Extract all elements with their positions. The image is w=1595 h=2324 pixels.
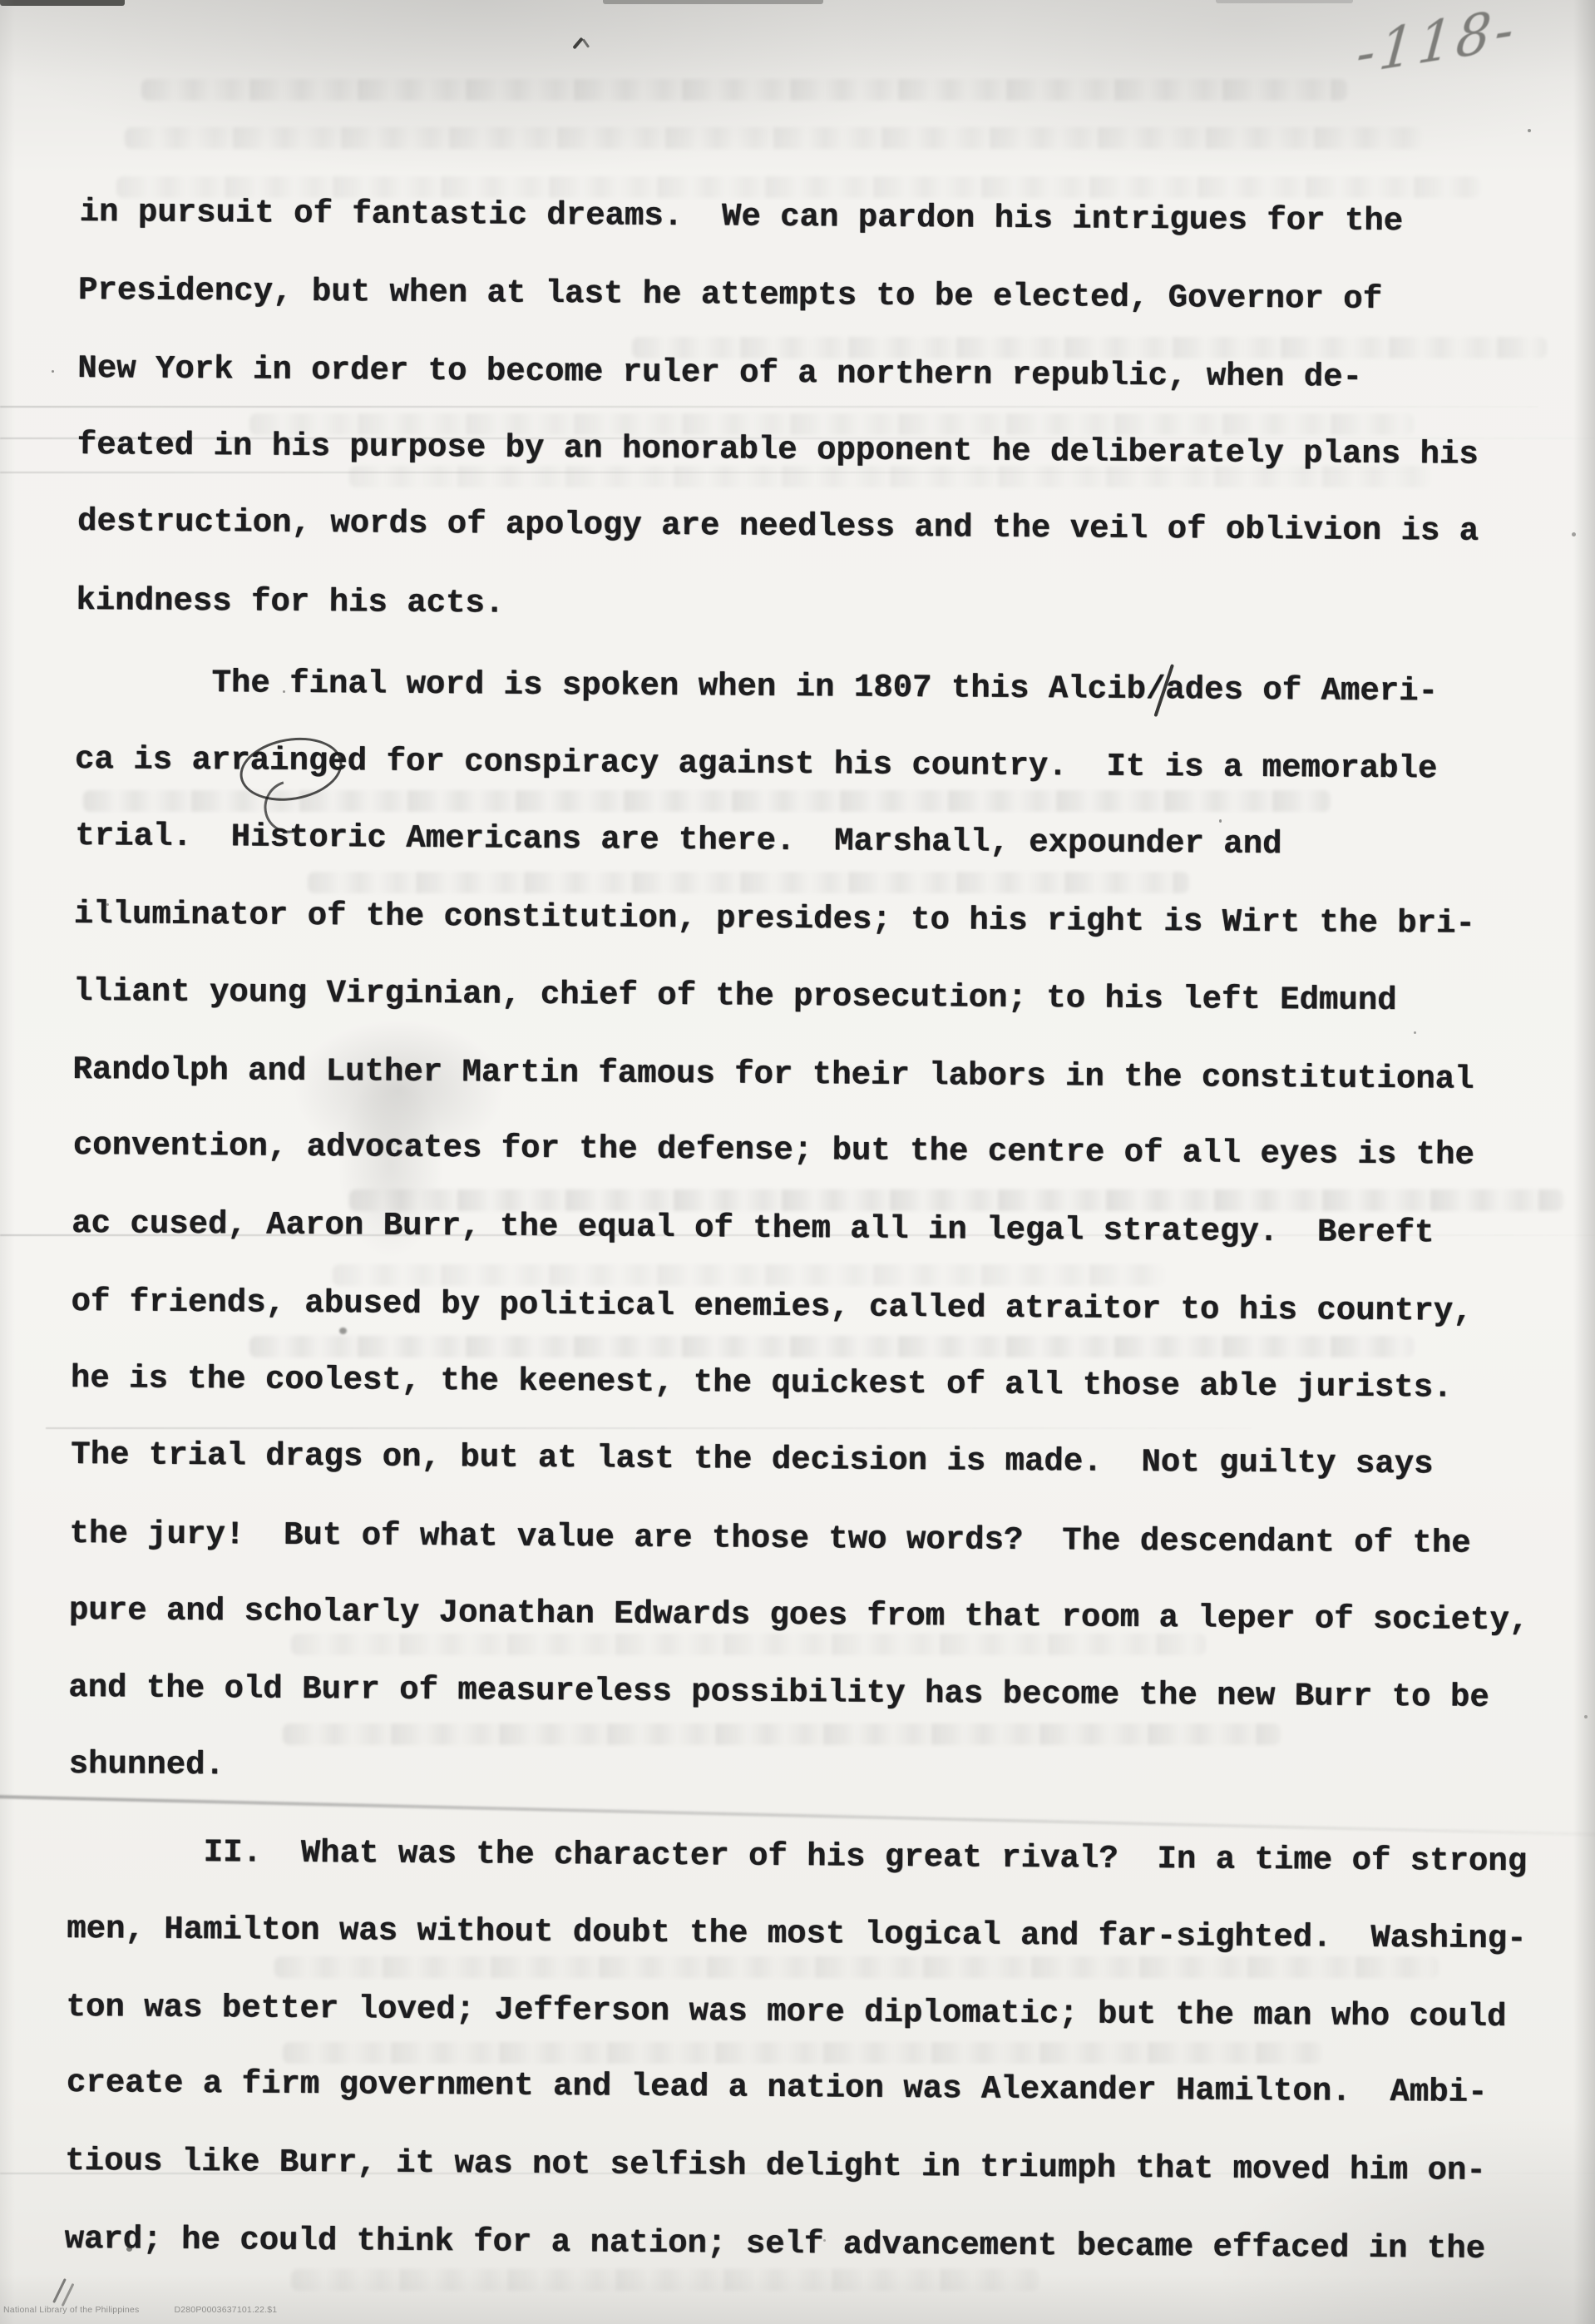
typed-line: convention, advocates for the defense; b… [73, 1107, 1579, 1195]
typed-line: II. What was the character of his great … [67, 1813, 1573, 1901]
typed-line: ton was better loved; Jefferson was more… [66, 1969, 1572, 2057]
typed-line: create a firm government and lead a nati… [67, 2045, 1573, 2133]
typed-line: illuminator of the constitution, preside… [73, 876, 1579, 964]
typed-line: of friends, abused by political enemies,… [71, 1263, 1577, 1352]
dust-speck [1584, 1715, 1588, 1718]
typed-line: feated in his purpose by an honorable op… [77, 407, 1583, 495]
dust-speck [283, 690, 285, 693]
dust-speck [1528, 129, 1531, 132]
dust-speck [126, 2247, 132, 2252]
smudge-speck [339, 1328, 347, 1334]
typed-line: men, Hamilton was without doubt the most… [67, 1891, 1573, 1979]
typed-line: he is the coolest, the keenest, the quic… [71, 1340, 1577, 1428]
scan-edge-streak [603, 0, 823, 4]
typed-line: The final word is spoken when in 1807 th… [75, 644, 1581, 732]
scan-edge-streak [0, 0, 125, 6]
typed-line: the jury! But of what value are those tw… [69, 1496, 1575, 1584]
typed-line: shunned. [68, 1726, 1574, 1814]
dust-speck [52, 370, 54, 373]
pencil-mark [62, 2283, 75, 2307]
catalog-code: D280P0003637101.22.$1 [174, 2305, 277, 2315]
ink-mark [582, 38, 590, 48]
ghost-bleedthrough-line [141, 79, 1347, 101]
scan-edge-streak [1216, 0, 1353, 3]
typed-line: pure and scholarly Jonathan Edwards goes… [69, 1572, 1575, 1660]
typed-line: lliant young Virginian, chief of the pro… [73, 953, 1579, 1041]
typed-line: ac cused, Aaron Burr, the equal of them … [72, 1185, 1578, 1273]
typed-line: Presidency, but when at last he attempts… [78, 252, 1584, 340]
library-stamp-footer: National Library of the PhilippinesD280P… [3, 2305, 277, 2315]
typed-line: ward; he could think for a nation; self … [64, 2201, 1570, 2289]
typed-line: destruction, words of apology are needle… [77, 483, 1583, 571]
ghost-bleedthrough-line [125, 127, 1422, 149]
typed-line: and the old Burr of measureless possibil… [68, 1649, 1574, 1738]
typed-line: Randolph and Luther Martin famous for th… [72, 1031, 1578, 1120]
typed-line: kindness for his acts. [76, 562, 1582, 650]
typed-line: in pursuit of fantastic dreams. We can p… [79, 174, 1585, 262]
dust-speck [823, 2239, 826, 2242]
typewritten-text-block: in pursuit of fantastic dreams. We can p… [64, 175, 1584, 2288]
dust-speck [1414, 1031, 1416, 1034]
typed-line: The trial drags on, but at last the deci… [71, 1417, 1577, 1505]
handwritten-page-number: -118- [1354, 0, 1573, 87]
dust-speck [200, 1772, 202, 1774]
dust-speck [1572, 532, 1576, 536]
library-name: National Library of the Philippines [3, 2305, 139, 2315]
typed-line: New York in order to become ruler of a n… [77, 330, 1583, 418]
typed-line: tious like Burr, it was not selfish deli… [65, 2123, 1571, 2211]
dust-speck [106, 903, 109, 906]
dust-speck [1219, 819, 1222, 823]
scanned-document-page: -118- in pursuit of fantastic dreams. We… [0, 0, 1595, 2324]
